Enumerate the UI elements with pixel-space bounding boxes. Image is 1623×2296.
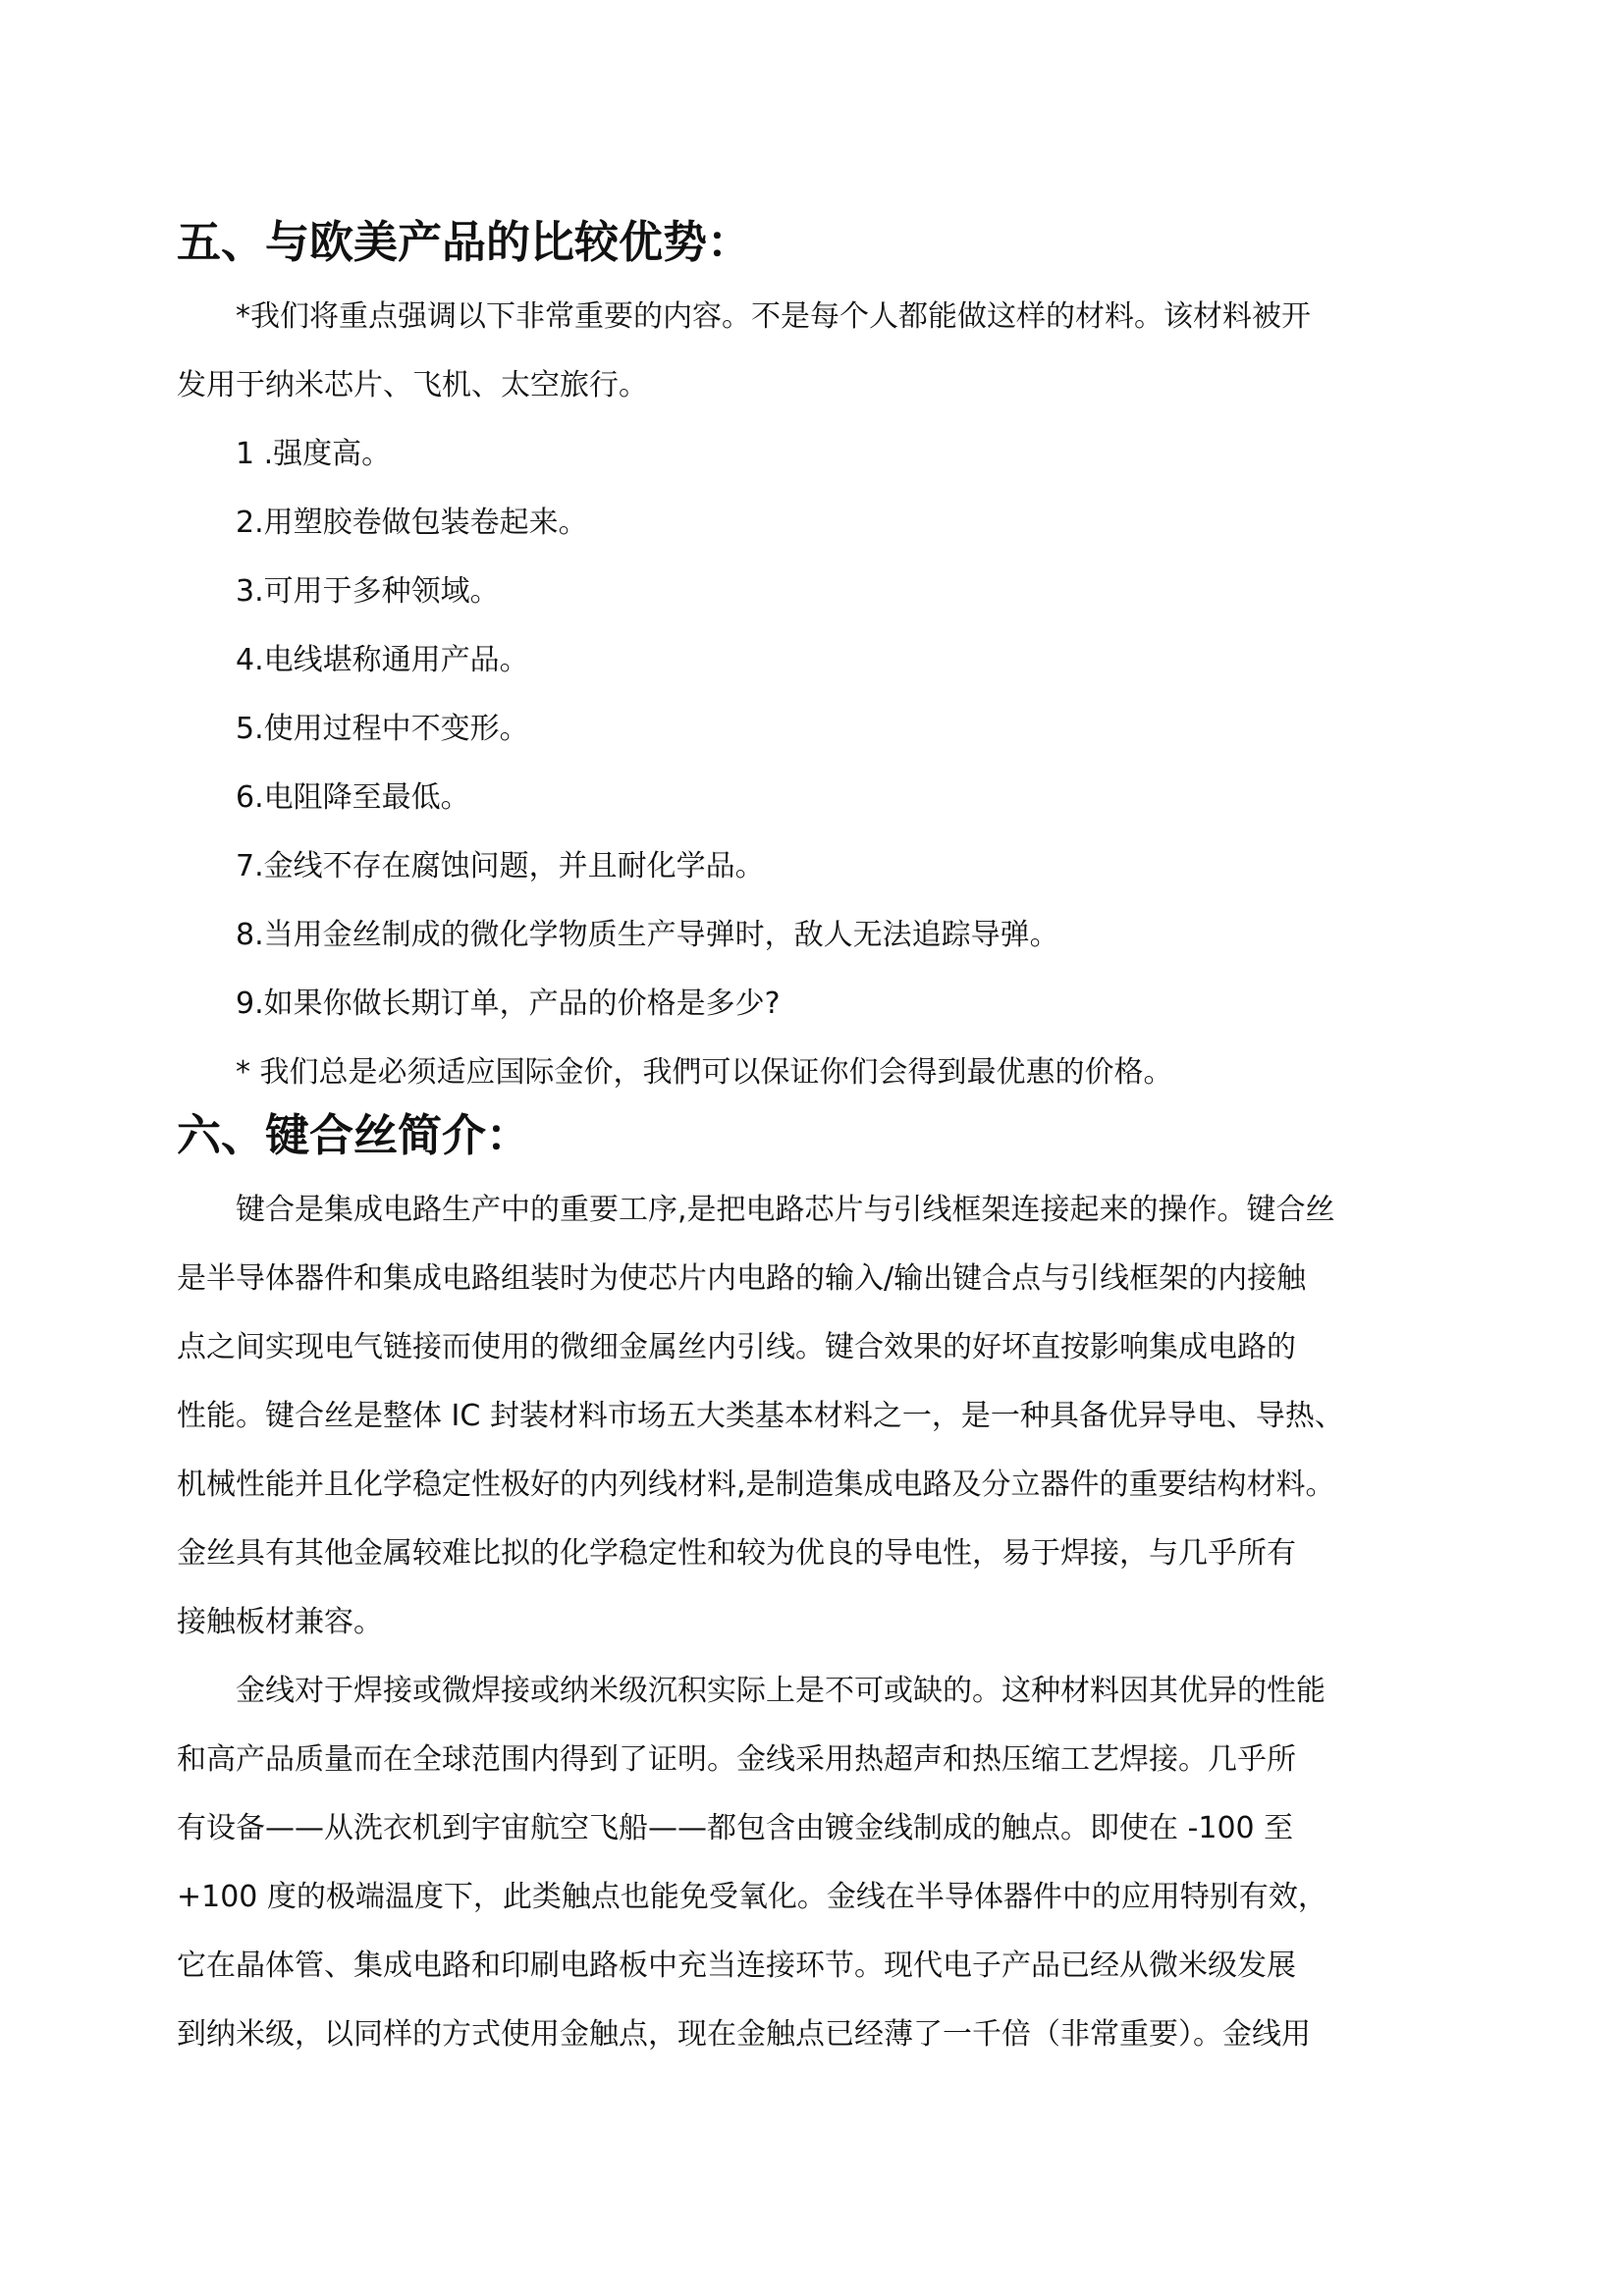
list-item: 9.如果你做长期订单，产品的价格是多少? — [177, 970, 1483, 1039]
paragraph-line: 点之间实现电气链接而使用的微细金属丝内引线。键合效果的好坏直按影响集成电路的 — [177, 1313, 1483, 1382]
advantages-list: 1 .强度高。 2.用塑胶卷做包装卷起来。 3.可用于多种领域。 4.电线堪称通… — [177, 420, 1483, 1107]
paragraph-line: 接触板材兼容。 — [177, 1588, 1483, 1657]
list-item: 4.电线堪称通用产品。 — [177, 626, 1483, 695]
paragraph-line: 金线对于焊接或微焊接或纳米级沉积实际上是不可或缺的。这种材料因其优异的性能 — [177, 1657, 1483, 1726]
paragraph-line: 有设备——从洗衣机到宇宙航空飞船——都包含由镀金线制成的触点。即使在 -100 … — [177, 1794, 1483, 1863]
list-item: 7.金线不存在腐蚀问题，并且耐化学品。 — [177, 832, 1483, 901]
list-item: 3.可用于多种领域。 — [177, 558, 1483, 626]
intro-line: 发用于纳米芯片、飞机、太空旅行。 — [177, 351, 1483, 420]
document-page: 五、与欧美产品的比较优势： *我们将重点强调以下非常重要的内容。不是每个人都能做… — [177, 214, 1483, 2069]
list-item: 2.用塑胶卷做包装卷起来。 — [177, 489, 1483, 558]
paragraph-line: +100 度的极端温度下，此类触点也能免受氧化。金线在半导体器件中的应用特别有效… — [177, 1863, 1483, 1932]
paragraph-line: 键合是集成电路生产中的重要工序,是把电路芯片与引线框架连接起来的操作。键合丝 — [177, 1176, 1483, 1245]
price-note: * 我们总是必须适应国际金价，我們可以保证你们会得到最优惠的价格。 — [177, 1039, 1483, 1107]
section-6-heading: 六、键合丝简介： — [177, 1107, 1483, 1176]
list-item: 6.电阻降至最低。 — [177, 764, 1483, 832]
paragraph-line: 机械性能并且化学稳定性极好的内列线材料,是制造集成电路及分立器件的重要结构材料。 — [177, 1451, 1483, 1520]
list-item: 5.使用过程中不变形。 — [177, 695, 1483, 764]
paragraph-line: 是半导体器件和集成电路组装时为使芯片内电路的输入/输出键合点与引线框架的内接触 — [177, 1245, 1483, 1313]
section-5-intro: *我们将重点强调以下非常重要的内容。不是每个人都能做这样的材料。该材料被开 发用… — [177, 283, 1483, 420]
section-5-heading: 五、与欧美产品的比较优势： — [177, 214, 1483, 283]
intro-line: *我们将重点强调以下非常重要的内容。不是每个人都能做这样的材料。该材料被开 — [177, 283, 1483, 351]
list-item: 8.当用金丝制成的微化学物质生产导弹时，敌人无法追踪导弹。 — [177, 901, 1483, 970]
paragraph-line: 它在晶体管、集成电路和印刷电路板中充当连接环节。现代电子产品已经从微米级发展 — [177, 1932, 1483, 2001]
list-item: 1 .强度高。 — [177, 420, 1483, 489]
paragraph-line: 和高产品质量而在全球范围内得到了证明。金线采用热超声和热压缩工艺焊接。几乎所 — [177, 1726, 1483, 1794]
section-6-paragraph-1: 键合是集成电路生产中的重要工序,是把电路芯片与引线框架连接起来的操作。键合丝 是… — [177, 1176, 1483, 1657]
paragraph-line: 性能。键合丝是整体 IC 封装材料市场五大类基本材料之一，是一种具备优异导电、导… — [177, 1382, 1483, 1451]
section-6-paragraph-2: 金线对于焊接或微焊接或纳米级沉积实际上是不可或缺的。这种材料因其优异的性能 和高… — [177, 1657, 1483, 2069]
paragraph-line: 到纳米级，以同样的方式使用金触点，现在金触点已经薄了一千倍（非常重要）。金线用 — [177, 2001, 1483, 2069]
paragraph-line: 金丝具有其他金属较难比拟的化学稳定性和较为优良的导电性，易于焊接，与几乎所有 — [177, 1520, 1483, 1588]
